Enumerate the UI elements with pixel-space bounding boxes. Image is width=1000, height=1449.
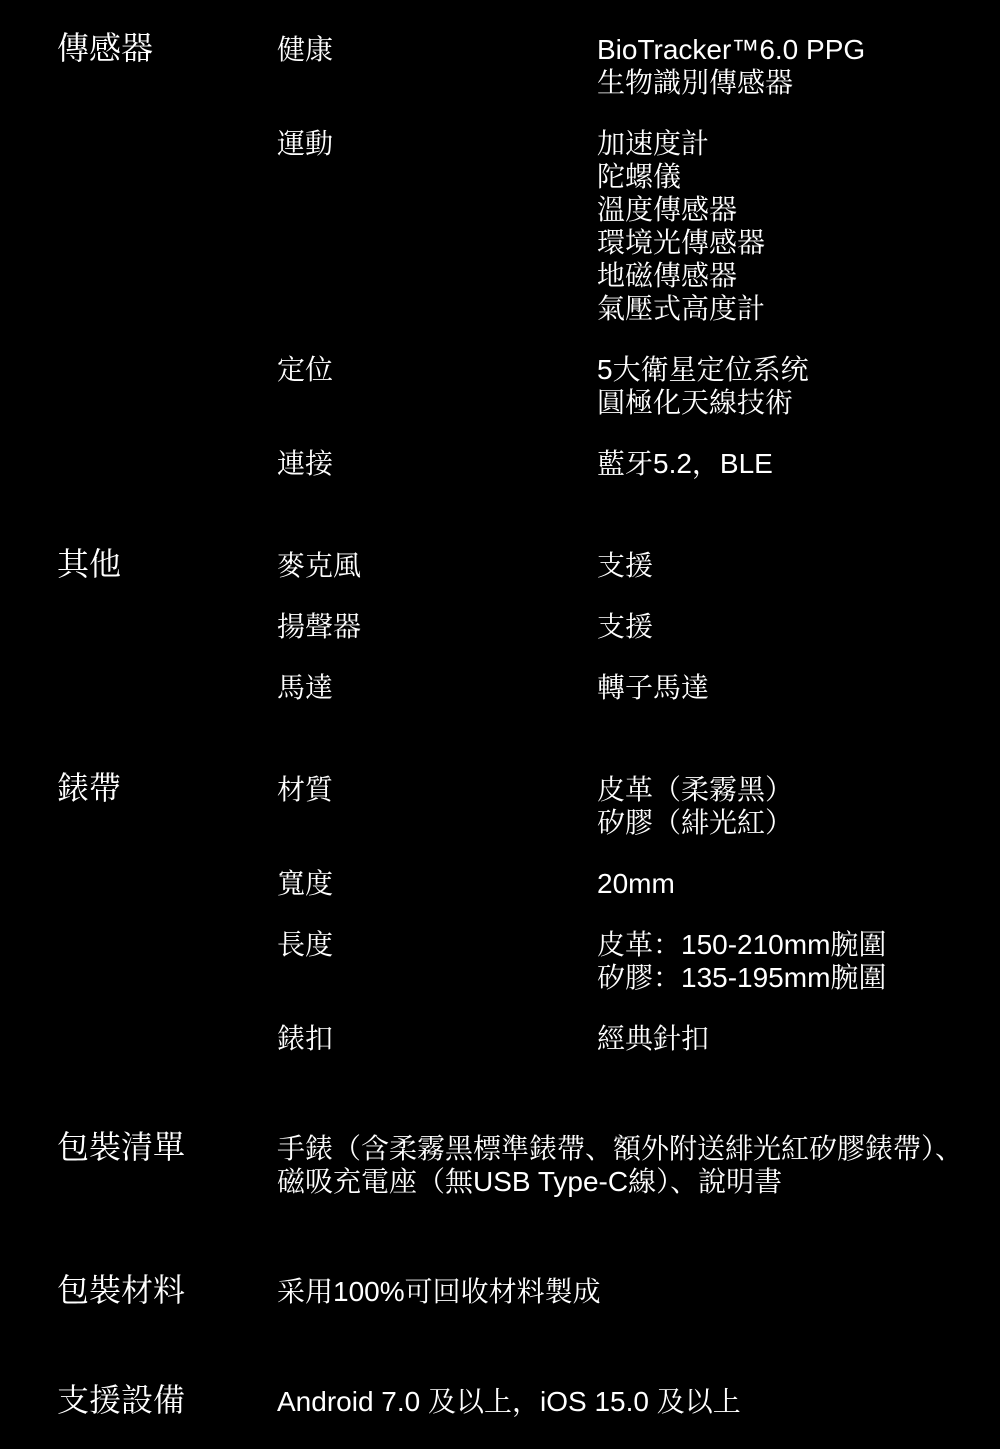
spec-section: 錶帶 材質 皮革（柔霧黑）矽膠（緋光紅） 寬度 20mm 長度 皮革：150-2… xyxy=(57,772,990,1055)
spec-wide-row: 支援設備 Android 7.0 及以上，iOS 15.0 及以上 xyxy=(57,1384,990,1418)
spec-value: 20mm xyxy=(597,867,990,900)
spec-label: 運動 xyxy=(277,127,597,160)
spec-value-line: 環境光傳感器 xyxy=(597,226,990,259)
spec-row: 傳感器 健康 BioTracker™6.0 PPG生物識別傳感器 xyxy=(57,32,990,99)
spec-value: Android 7.0 及以上，iOS 15.0 及以上 xyxy=(277,1385,990,1418)
category-label: 包裝清單 xyxy=(57,1131,277,1164)
category-label: 錶帶 xyxy=(57,772,277,805)
category-label: 其他 xyxy=(57,548,277,581)
spec-value: 加速度計陀螺儀溫度傳感器環境光傳感器地磁傳感器氣壓式高度計 xyxy=(597,127,990,325)
spec-value-line: 皮革：150-210mm腕圍 xyxy=(597,928,990,961)
spec-value-line: 藍牙5.2，BLE xyxy=(597,447,990,480)
spec-label: 馬達 xyxy=(277,671,597,704)
spec-value: 皮革：150-210mm腕圍矽膠：135-195mm腕圍 xyxy=(597,928,990,994)
spec-value: 轉子馬達 xyxy=(597,671,990,704)
spec-value-line: 圓極化天線技術 xyxy=(597,386,990,419)
spec-value-line: Android 7.0 及以上，iOS 15.0 及以上 xyxy=(277,1385,990,1418)
spec-value: 5大衛星定位系统圓極化天線技術 xyxy=(597,353,990,419)
spec-value: 支援 xyxy=(597,549,990,582)
spec-row: 長度 皮革：150-210mm腕圍矽膠：135-195mm腕圍 xyxy=(57,928,990,994)
spec-value-line: 溫度傳感器 xyxy=(597,193,990,226)
spec-label: 長度 xyxy=(277,928,597,961)
spec-value-line: 生物識別傳感器 xyxy=(597,66,990,99)
spec-value-line: 支援 xyxy=(597,549,990,582)
spec-value-line: 地磁傳感器 xyxy=(597,259,990,292)
spec-value: 皮革（柔霧黑）矽膠（緋光紅） xyxy=(597,773,990,839)
category-label: 包裝材料 xyxy=(57,1274,277,1307)
spec-value-line: 5大衛星定位系统 xyxy=(597,353,990,386)
spec-sheet: 傳感器 健康 BioTracker™6.0 PPG生物識別傳感器 運動 加速度計… xyxy=(0,0,1000,1449)
spec-label: 健康 xyxy=(277,33,597,66)
spec-sections: 傳感器 健康 BioTracker™6.0 PPG生物識別傳感器 運動 加速度計… xyxy=(57,32,990,1055)
spec-label: 定位 xyxy=(277,353,597,386)
spec-value-line: 磁吸充電座（無USB Type-C線）、說明書 xyxy=(277,1165,990,1198)
spec-label: 錶扣 xyxy=(277,1022,597,1055)
spec-wide-rows: 包裝清單 手錶（含柔霧黑標準錶帶、額外附送緋光紅矽膠錶帶）、磁吸充電座（無USB… xyxy=(57,1131,990,1418)
spec-label: 麥克風 xyxy=(277,549,597,582)
spec-label: 材質 xyxy=(277,773,597,806)
spec-label: 連接 xyxy=(277,447,597,480)
spec-row: 寬度 20mm xyxy=(57,867,990,900)
spec-section: 傳感器 健康 BioTracker™6.0 PPG生物識別傳感器 運動 加速度計… xyxy=(57,32,990,480)
spec-row: 錶扣 經典針扣 xyxy=(57,1022,990,1055)
spec-value-line: 經典針扣 xyxy=(597,1022,990,1055)
spec-value-line: 轉子馬達 xyxy=(597,671,990,704)
spec-value: BioTracker™6.0 PPG生物識別傳感器 xyxy=(597,33,990,99)
spec-value: 手錶（含柔霧黑標準錶帶、額外附送緋光紅矽膠錶帶）、磁吸充電座（無USB Type… xyxy=(277,1132,990,1198)
spec-value-line: BioTracker™6.0 PPG xyxy=(597,33,990,66)
spec-row: 運動 加速度計陀螺儀溫度傳感器環境光傳感器地磁傳感器氣壓式高度計 xyxy=(57,127,990,325)
spec-wide-row: 包裝材料 采用100%可回收材料製成 xyxy=(57,1274,990,1308)
spec-value-line: 支援 xyxy=(597,610,990,643)
spec-value: 支援 xyxy=(597,610,990,643)
spec-row: 定位 5大衛星定位系统圓極化天線技術 xyxy=(57,353,990,419)
spec-row: 錶帶 材質 皮革（柔霧黑）矽膠（緋光紅） xyxy=(57,772,990,839)
category-label: 傳感器 xyxy=(57,32,277,65)
spec-value: 經典針扣 xyxy=(597,1022,990,1055)
spec-wide-row: 包裝清單 手錶（含柔霧黑標準錶帶、額外附送緋光紅矽膠錶帶）、磁吸充電座（無USB… xyxy=(57,1131,990,1198)
spec-value-line: 手錶（含柔霧黑標準錶帶、額外附送緋光紅矽膠錶帶）、 xyxy=(277,1132,990,1165)
spec-value-line: 加速度計 xyxy=(597,127,990,160)
spec-value-line: 氣壓式高度計 xyxy=(597,292,990,325)
spec-row: 其他 麥克風 支援 xyxy=(57,548,990,582)
spec-value-line: 陀螺儀 xyxy=(597,160,990,193)
spec-row: 馬達 轉子馬達 xyxy=(57,671,990,704)
spec-value-line: 矽膠（緋光紅） xyxy=(597,806,990,839)
spec-value: 采用100%可回收材料製成 xyxy=(277,1275,990,1308)
spec-value-line: 采用100%可回收材料製成 xyxy=(277,1275,990,1308)
spec-row: 揚聲器 支援 xyxy=(57,610,990,643)
spec-value-line: 矽膠：135-195mm腕圍 xyxy=(597,961,990,994)
spec-section: 其他 麥克風 支援 揚聲器 支援 馬達 轉子馬達 xyxy=(57,548,990,704)
spec-value-line: 20mm xyxy=(597,867,990,900)
spec-label: 揚聲器 xyxy=(277,610,597,643)
spec-label: 寬度 xyxy=(277,867,597,900)
spec-value: 藍牙5.2，BLE xyxy=(597,447,990,480)
spec-value-line: 皮革（柔霧黑） xyxy=(597,773,990,806)
category-label: 支援設備 xyxy=(57,1384,277,1417)
spec-row: 連接 藍牙5.2，BLE xyxy=(57,447,990,480)
